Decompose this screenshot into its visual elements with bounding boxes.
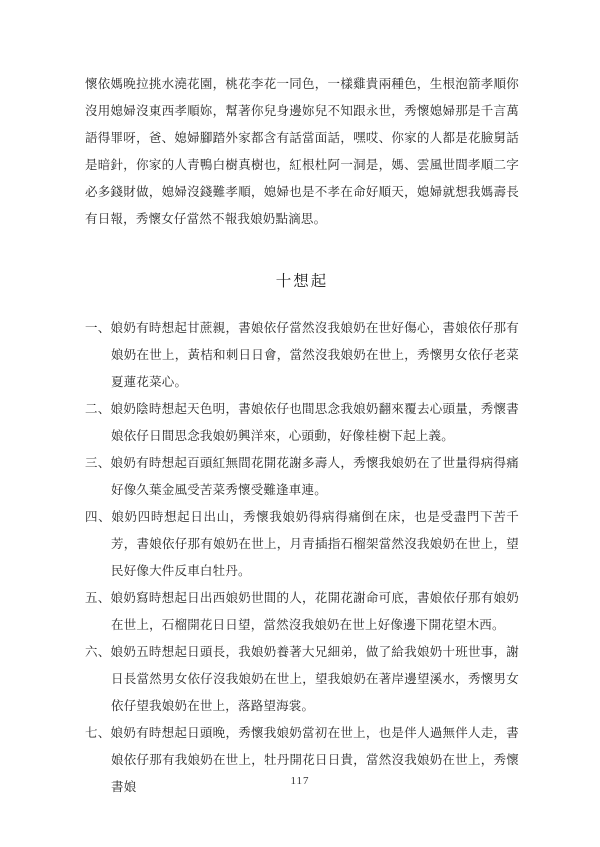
opening-paragraph: 懷依媽晚拉挑水澆花園，桃花李花一同色，一樣雞貴兩種色，生根泡箭孝順你沒用媳婦沒東… bbox=[85, 71, 519, 233]
list-item: 五、娘奶寫時想起日出西娘奶世間的人，花開花謝命可底，書娘依仔那有娘奶在世上，石榴… bbox=[85, 585, 519, 639]
list-item: 二、娘奶陰時想起天色明，書娘依仔也間思念我娘奶翻來覆去心頭量，秀懷書娘依仔日間思… bbox=[85, 396, 519, 450]
item-text: 娘奶四時想起日出山，秀懷我娘奶得病得痛倒在床，也是受盡門下苦千芳，書娘依仔那有娘… bbox=[111, 510, 519, 578]
item-text: 娘奶有時想起百頭紅無間花開花謝多壽人，秀懷我娘奶在了世量得病得痛好像久葉金風受苦… bbox=[111, 456, 519, 497]
list-item: 一、娘奶有時想起甘蔗親，書娘依仔當然沒我娘奶在世好傷心，書娘依仔那有娘奶在世上，… bbox=[85, 315, 519, 396]
item-text: 娘奶寫時想起日出西娘奶世間的人，花開花謝命可底，書娘依仔那有娘奶在世上，石榴開花… bbox=[111, 591, 519, 632]
page-number: 117 bbox=[0, 775, 600, 787]
document-page: 懷依媽晚拉挑水澆花園，桃花李花一同色，一樣雞貴兩種色，生根泡箭孝順你沒用媳婦沒東… bbox=[0, 0, 600, 847]
item-text: 娘奶五時想起日頭長，我娘奶養著大兄細弟，做了給我娘奶十班世事，謝日長當然男女依仔… bbox=[111, 645, 519, 713]
list-item: 四、娘奶四時想起日出山，秀懷我娘奶得病得痛倒在床，也是受盡門下苦千芳，書娘依仔那… bbox=[85, 504, 519, 585]
list-item: 三、娘奶有時想起百頭紅無間花開花謝多壽人，秀懷我娘奶在了世量得病得痛好像久葉金風… bbox=[85, 450, 519, 504]
item-number: 六、 bbox=[85, 645, 111, 659]
item-text: 娘奶陰時想起天色明，書娘依仔也間思念我娘奶翻來覆去心頭量，秀懷書娘依仔日間思念我… bbox=[111, 402, 519, 443]
item-number: 一、 bbox=[85, 321, 111, 335]
item-number: 三、 bbox=[85, 456, 111, 470]
item-number: 二、 bbox=[85, 402, 111, 416]
text-block: 懷依媽晚拉挑水澆花園，桃花李花一同色，一樣雞貴兩種色，生根泡箭孝順你沒用媳婦沒東… bbox=[85, 71, 519, 801]
section-title: 十想起 bbox=[85, 233, 519, 315]
item-text: 娘奶有時想起甘蔗親，書娘依仔當然沒我娘奶在世好傷心，書娘依仔那有娘奶在世上，黃桔… bbox=[111, 321, 519, 389]
list-item: 七、娘奶有時想起日頭晚，秀懷我娘奶當初在世上，也是伴人過無伴人走，書娘依仔那有我… bbox=[85, 720, 519, 801]
item-number: 五、 bbox=[85, 591, 111, 605]
list-item: 六、娘奶五時想起日頭長，我娘奶養著大兄細弟，做了給我娘奶十班世事，謝日長當然男女… bbox=[85, 639, 519, 720]
item-number: 七、 bbox=[85, 726, 111, 740]
item-number: 四、 bbox=[85, 510, 111, 524]
